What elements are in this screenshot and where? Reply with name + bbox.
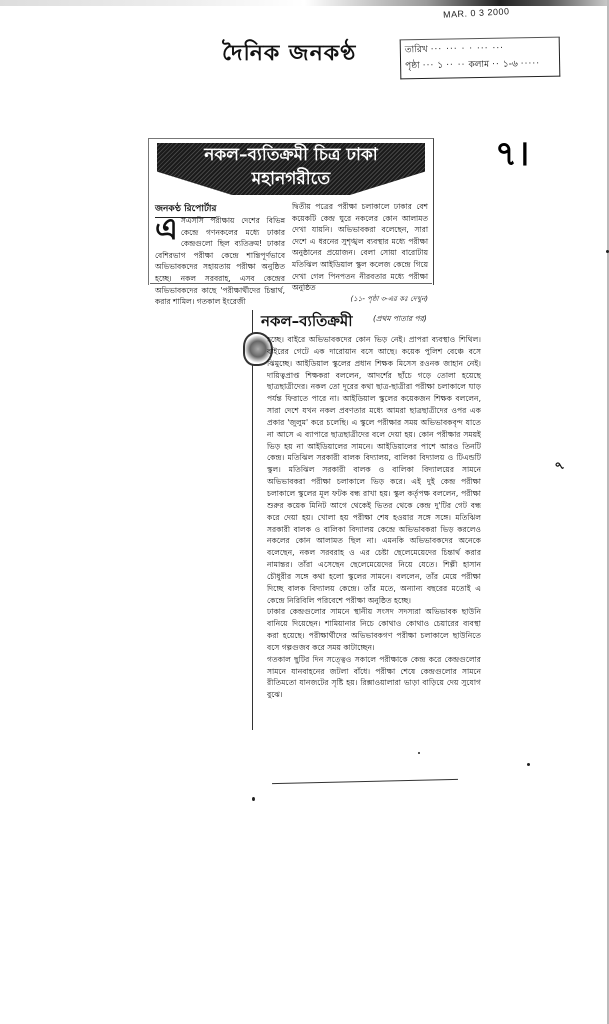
handwritten-page-number: ৭। xyxy=(495,128,529,185)
date-stamp: MAR. 0 3 2000 xyxy=(443,6,510,19)
paragraph: গতকাল ছুটির দিন সত্ত্বেও সকালে পরীক্ষাকে… xyxy=(267,654,481,701)
clipping-bottom-rule xyxy=(272,779,458,784)
meta-page-row: পৃষ্ঠা ··· ১ ·· ·· কলাম ·· ১-৬ ····· xyxy=(405,56,555,75)
scan-top-edge xyxy=(0,0,609,6)
column-value: ১-৬ xyxy=(503,56,518,72)
scan-speck xyxy=(418,752,420,754)
front-page-clipping: নকল–ব্যতিক্রমী চিত্র ঢাকা মহানগরীতে জনকণ… xyxy=(148,138,434,285)
paragraph: হচ্ছে। বাইরে অভিভাবকদের কোন ভিড় নেই। প্… xyxy=(267,334,481,606)
continuation-note: (১১- পৃষ্ঠা ৩-এর কঃ দেখুন) xyxy=(292,294,428,306)
clipping-cut-line xyxy=(150,283,432,284)
continued-article-clipping: নকল–ব্যতিক্রমী (প্রথম পাতার পর) হচ্ছে। ব… xyxy=(252,310,485,730)
article-column-1: এ সএসসি পরীক্ষায় দেশের বিভিন্ন কেন্দ্রে… xyxy=(155,215,285,308)
clipping-meta-box: তারিখ ··· ··· · · ··· ··· পৃষ্ঠা ··· ১ ·… xyxy=(400,37,561,80)
date-dots: ··· ··· · · ··· ··· xyxy=(431,41,505,58)
headline-line-1: নকল–ব্যতিক্রমী চিত্র ঢাকা xyxy=(157,143,425,167)
date-label: তারিখ xyxy=(405,42,428,58)
continued-article-body: হচ্ছে। বাইরে অভিভাবকদের কোন ভিড় নেই। প্… xyxy=(267,334,481,701)
scan-speck xyxy=(252,797,255,801)
page-value: ১ xyxy=(437,58,443,74)
column-2-text: দ্বিতীয় পত্রের পরীক্ষা চলাকালে ঢাকার বে… xyxy=(292,202,428,292)
drop-cap: এ xyxy=(155,216,178,244)
article-column-2: দ্বিতীয় পত্রের পরীক্ষা চলাকালে ঢাকার বে… xyxy=(292,201,428,305)
margin-ink-mark: ৭ xyxy=(551,456,569,478)
headline-banner: নকল–ব্যতিক্রমী চিত্র ঢাকা মহানগরীতে xyxy=(157,143,425,195)
newspaper-masthead: দৈনিক জনকণ্ঠ xyxy=(222,36,356,73)
headline-line-2: মহানগরীতে xyxy=(157,167,425,191)
paragraph: ঢাকার কেন্দ্রগুলোর সামনে স্থানীয় সংসদ স… xyxy=(267,606,481,653)
continued-from-note: (প্রথম পাতার পর) xyxy=(373,314,427,326)
scan-speck xyxy=(527,763,530,766)
column-label: কলাম xyxy=(468,57,489,73)
continued-headline: নকল–ব্যতিক্রমী xyxy=(261,310,353,335)
page-label: পৃষ্ঠা xyxy=(405,58,420,74)
